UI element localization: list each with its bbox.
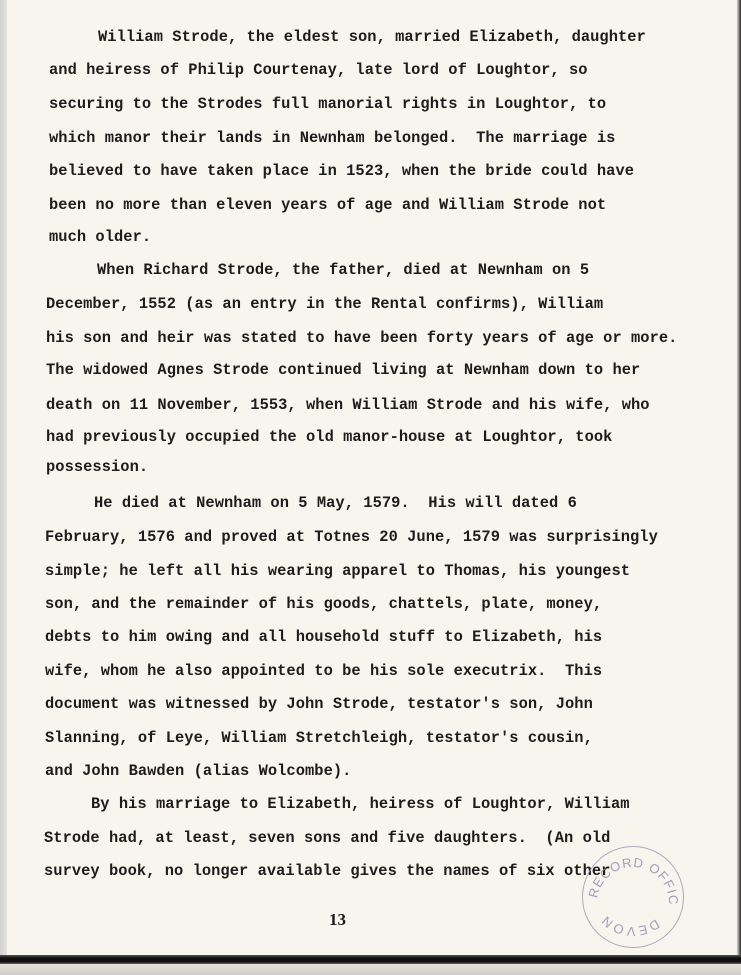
text-line-18: son, and the remainder of his goods, cha… (45, 595, 602, 613)
text-line-9: December, 1552 (as an entry in the Renta… (46, 295, 603, 313)
text-line-17: simple; he left all his wearing apparel … (45, 562, 630, 580)
text-line-24: By his marriage to Elizabeth, heiress of… (91, 795, 630, 813)
text-line-3: securing to the Strodes full manorial ri… (49, 95, 606, 113)
stamp-ring-icon: RECORD OFFICE DEVON (583, 847, 683, 947)
stamp-bottom-text: DEVON (597, 912, 662, 939)
scan-bottom-shadow (0, 955, 741, 964)
text-line-15: He died at Newnham on 5 May, 1579. His w… (94, 494, 577, 512)
page-number: 13 (329, 910, 346, 930)
text-line-2: and heiress of Philip Courtenay, late lo… (49, 61, 588, 79)
scan-left-edge (0, 0, 7, 955)
text-line-6: been no more than eleven years of age an… (49, 196, 606, 214)
text-line-12: death on 11 November, 1553, when William… (46, 396, 650, 414)
text-line-26: survey book, no longer available gives t… (44, 862, 610, 880)
record-office-stamp: RECORD OFFICE DEVON (582, 846, 684, 948)
typed-page: William Strode, the eldest son, married … (7, 0, 737, 955)
text-line-8: When Richard Strode, the father, died at… (97, 261, 589, 279)
text-line-20: wife, whom he also appointed to be his s… (45, 662, 602, 680)
scan-right-edge (737, 0, 741, 960)
svg-text:RECORD OFFICE: RECORD OFFICE (583, 847, 681, 906)
text-line-19: debts to him owing and all household stu… (45, 628, 602, 646)
text-line-5: believed to have taken place in 1523, wh… (49, 162, 634, 180)
text-line-11: The widowed Agnes Strode continued livin… (46, 361, 640, 379)
stamp-top-text: RECORD OFFICE (583, 847, 681, 906)
text-line-7: much older. (49, 228, 151, 246)
text-line-25: Strode had, at least, seven sons and fiv… (44, 829, 610, 847)
text-line-21: document was witnessed by John Strode, t… (45, 695, 593, 713)
text-line-16: February, 1576 and proved at Totnes 20 J… (45, 528, 658, 546)
text-line-1: William Strode, the eldest son, married … (98, 28, 646, 46)
text-line-22: Slanning, of Leye, William Stretchleigh,… (45, 729, 593, 747)
svg-text:DEVON: DEVON (597, 912, 662, 939)
text-line-4: which manor their lands in Newnham belon… (49, 129, 615, 147)
text-line-10: his son and heir was stated to have been… (46, 329, 677, 347)
text-line-23: and John Bawden (alias Wolcombe). (45, 762, 351, 780)
text-line-14: possession. (46, 458, 148, 476)
text-line-13: had previously occupied the old manor-ho… (46, 428, 612, 446)
scan-bottom-strip (0, 964, 741, 975)
